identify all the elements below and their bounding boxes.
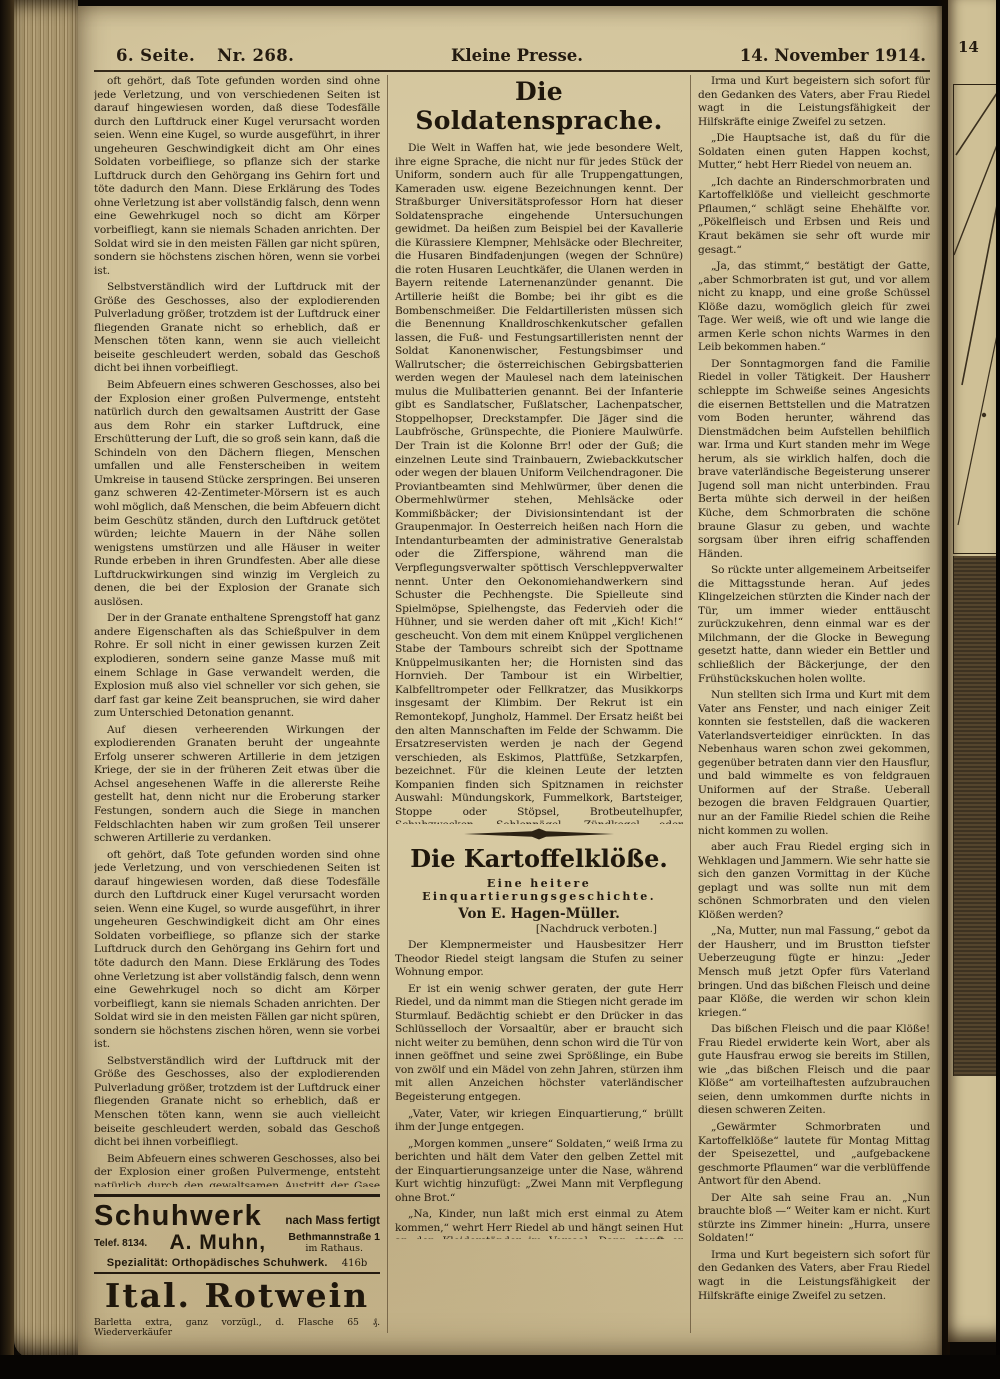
- book-spine: [0, 0, 14, 1379]
- ad-shoemaker: Schuhwerk nach Mass fertigt Telef. 8134.…: [94, 1202, 380, 1269]
- body-paragraph: aber auch Frau Riedel erging sich in Weh…: [698, 841, 930, 922]
- ad-wine: Ital. Rotwein Barletta extra, ganz vorzü…: [94, 1276, 380, 1338]
- body-paragraph: oft gehört, daß Tote gefunden worden sin…: [94, 75, 380, 278]
- kartoffelkloesse-body: Der Klempnermeister und Hausbesitzer Her…: [395, 939, 683, 1239]
- body-paragraph: Er ist ein wenig schwer geraten, der gut…: [395, 983, 683, 1105]
- next-page-illustration-frame: [953, 84, 996, 554]
- page-number-issue: 6. Seite.Nr. 268.: [116, 46, 294, 65]
- ad-shoemaker-tagline: nach Mass fertigt: [285, 1215, 380, 1230]
- body-paragraph: „Na, Kinder, nun laßt mich erst einmal z…: [395, 1208, 683, 1239]
- ad-shoemaker-address: Bethmannstraße 1 im Rathaus.: [288, 1232, 380, 1254]
- body-paragraph: „Die Hauptsache ist, daß du für die Sold…: [698, 132, 930, 173]
- body-paragraph: Die Welt in Waffen hat, wie jede besonde…: [395, 142, 683, 824]
- article-subtitle: Eine heitere Einquartierungsgeschichte.: [395, 877, 683, 903]
- article-byline: Von E. Hagen-Müller.: [395, 906, 683, 922]
- column-2: Die Soldatensprache. Die Welt in Waffen …: [395, 75, 683, 1337]
- body-paragraph: „Ich dachte an Rinderschmorbraten und Ka…: [698, 176, 930, 257]
- photo-edge-strip: [996, 0, 1000, 1379]
- ad-shoemaker-code: 416b: [342, 1258, 368, 1269]
- body-paragraph: So rückte unter allgemeinem Arbeitseifer…: [698, 564, 930, 686]
- section-title: Kleine Presse.: [451, 46, 583, 65]
- table-surface: [0, 1355, 1000, 1379]
- ad-shoemaker-phone: Telef. 8134.: [94, 1238, 147, 1249]
- reprint-notice: [Nachdruck verboten.]: [395, 923, 683, 935]
- next-page-number: 14: [958, 38, 979, 56]
- body-paragraph: „Gewärmter Schmorbraten und Kartoffelklö…: [698, 1121, 930, 1189]
- body-paragraph: „Morgen kommen „unsere“ Soldaten,“ weiß …: [395, 1138, 683, 1206]
- soldatensprache-body: Die Welt in Waffen hat, wie jede besonde…: [395, 142, 683, 824]
- ad-shoemaker-headline: Schuhwerk: [94, 1202, 262, 1230]
- next-page-illustration-sketch: [954, 85, 996, 553]
- column-rule-1: [387, 75, 388, 1333]
- body-paragraph: Der Alte sah seine Frau an. „Nun braucht…: [698, 1192, 930, 1246]
- next-page-edge: 14: [948, 0, 996, 1342]
- column-1-text: oft gehört, daß Tote gefunden worden sin…: [94, 75, 380, 1187]
- body-paragraph: „Die Hauptsache ist, daß du für die Sold…: [698, 1306, 930, 1307]
- body-paragraph: Der Sonntagmorgen fand die Familie Riede…: [698, 358, 930, 561]
- column-1: oft gehört, daß Tote gefunden worden sin…: [94, 75, 380, 1337]
- scanned-newspaper-page: 6. Seite.Nr. 268. Kleine Presse. 14. Nov…: [0, 0, 1000, 1379]
- ad-separator-heavy: [94, 1194, 380, 1197]
- columns: oft gehört, daß Tote gefunden worden sin…: [94, 75, 930, 1337]
- stacked-page-edges: [14, 0, 78, 1358]
- ad-shoemaker-specialty: Spezialität: Orthopädisches Schuhwerk.: [107, 1257, 328, 1269]
- column-3: Irma und Kurt begeistern sich sofort für…: [698, 75, 930, 1337]
- body-paragraph: Der Klempnermeister und Hausbesitzer Her…: [395, 939, 683, 980]
- ad-shoemaker-row3: Spezialität: Orthopädisches Schuhwerk. 4…: [94, 1257, 380, 1269]
- body-paragraph: Selbstverständlich wird der Luftdruck mi…: [94, 1055, 380, 1150]
- body-paragraph: „Na, Mutter, nun mal Fassung,“ gebot da …: [698, 925, 930, 1020]
- issue-number-label: Nr. 268.: [217, 46, 294, 65]
- body-paragraph: Beim Abfeuern eines schweren Geschosses,…: [94, 379, 380, 609]
- body-paragraph: oft gehört, daß Tote gefunden worden sin…: [94, 849, 380, 1052]
- ad-shoemaker-name: A. Muhn,: [169, 1231, 266, 1255]
- ad-separator-thin: [94, 1272, 380, 1274]
- newspaper-page: 6. Seite.Nr. 268. Kleine Presse. 14. Nov…: [78, 6, 942, 1358]
- article-title-kartoffelkloesse: Die Kartoffelklöße.: [395, 844, 683, 873]
- ad-shoemaker-row2: Telef. 8134. A. Muhn, Bethmannstraße 1 i…: [94, 1231, 380, 1255]
- column-rule-2: [690, 75, 691, 1333]
- section-divider-ornament: [464, 828, 614, 840]
- body-paragraph: „Ja, das stimmt,“ bestätigt der Gatte, „…: [698, 260, 930, 355]
- body-paragraph: Beim Abfeuern eines schweren Geschosses,…: [94, 1153, 380, 1187]
- next-page-illustration-dark: [953, 556, 996, 1076]
- ad-shoemaker-street: Bethmannstraße 1: [288, 1232, 380, 1243]
- body-paragraph: Auf diesen verheerenden Wirkungen der ex…: [94, 724, 380, 846]
- body-paragraph: Das bißchen Fleisch und die paar Klöße! …: [698, 1023, 930, 1118]
- page-date: 14. November 1914.: [740, 46, 926, 65]
- body-paragraph: Selbstverständlich wird der Luftdruck mi…: [94, 281, 380, 376]
- masthead-rule: [94, 70, 930, 72]
- body-paragraph: „Vater, Vater, wir kriegen Einquartierun…: [395, 1108, 683, 1135]
- ad-wine-line1: Barletta extra, ganz vorzügl., d. Flasch…: [94, 1318, 380, 1338]
- body-paragraph: Irma und Kurt begeistern sich sofort für…: [698, 75, 930, 129]
- article-title-soldatensprache: Die Soldatensprache.: [395, 77, 683, 135]
- ad-shoemaker-building: im Rathaus.: [288, 1243, 380, 1254]
- masthead: 6. Seite.Nr. 268. Kleine Presse. 14. Nov…: [94, 46, 930, 65]
- body-paragraph: Nun stellten sich Irma und Kurt mit dem …: [698, 689, 930, 838]
- page-number-label: 6. Seite.: [116, 46, 195, 65]
- ad-shoemaker-row1: Schuhwerk nach Mass fertigt: [94, 1202, 380, 1230]
- body-paragraph: Der in der Granate enthaltene Sprengstof…: [94, 612, 380, 720]
- column-3-text: Irma und Kurt begeistern sich sofort für…: [698, 75, 930, 1307]
- body-paragraph: Irma und Kurt begeistern sich sofort für…: [698, 1249, 930, 1303]
- ad-wine-headline: Ital. Rotwein: [94, 1276, 380, 1315]
